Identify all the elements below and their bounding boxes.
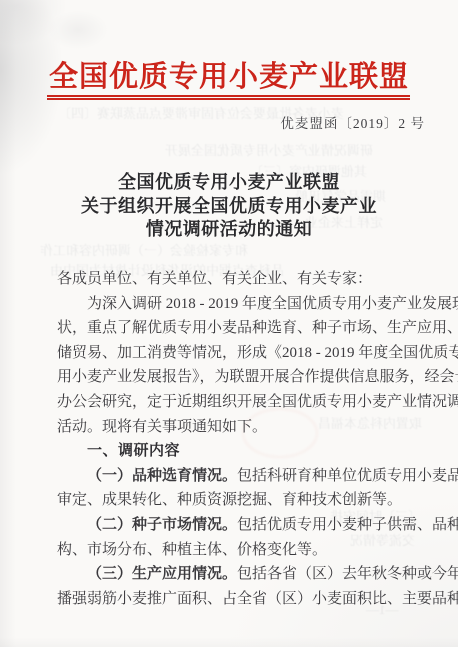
body-line: 状，重点了解优质专用小麦品种选育、种子市场、生产应用、收 xyxy=(57,316,431,341)
body-line: （二）种子市场情况。包括优质专用小麦种子供需、品种结 xyxy=(57,513,431,538)
bleedthrough-text: 麦小麦各批最要会位有固审滞要点品蒸联赛〔四〕 xyxy=(58,103,344,122)
bleedthrough-text: 和专家检验会（一）调研内容和工作 xyxy=(40,240,248,259)
letterhead-divider xyxy=(47,95,410,100)
bleedthrough-text: 期需品学气讯般 xyxy=(295,186,386,205)
body-line: 用小麦产业发展报告》，为联盟开展合作提供信息服务，经会长 xyxy=(57,365,431,390)
notice-title-line-1: 全国优质专用小麦产业联盟 xyxy=(0,171,458,195)
divider-line-bottom xyxy=(47,98,410,100)
body-line: 播强弱筋小麦推广面积、占全省（区）小麦面积比、主要品种名 xyxy=(57,587,431,612)
body-line: （一）品种选育情况。包括科研育种单位优质专用小麦品种 xyxy=(57,464,431,489)
body-line: 审定、成果转化、种质资源挖掘、育种技术创新等。 xyxy=(57,488,431,513)
body-line: 活动。现将有关事项通知如下。 xyxy=(57,415,431,440)
notice-title-line-2: 关于组织开展全国优质专用小麦产业 xyxy=(0,195,458,219)
document-page: 全国优质专用小麦产业联盟 优麦盟函〔2019〕2 号 全国优质专用小麦产业联盟 … xyxy=(0,0,458,647)
body-line: 各成员单位、有关单位、有关企业、有关专家： xyxy=(57,267,431,292)
notice-title: 全国优质专用小麦产业联盟 关于组织开展全国优质专用小麦产业 情况调研活动的通知 xyxy=(0,171,458,242)
body-line: 一、调研内容 xyxy=(57,439,431,464)
body-line: 储贸易、加工消费等情况，形成《2018 - 2019 年度全国优质专 xyxy=(57,341,431,366)
body-line: 办公会研究，定于近期组织开展全国优质专用小麦产业情况调研 xyxy=(57,390,431,415)
bleedthrough-text: 其他调研内容〔三〕 xyxy=(250,161,367,180)
body-line: 构、市场分布、种植主体、价格变化等。 xyxy=(57,538,431,563)
bleedthrough-text: 定样上来企业 xyxy=(305,212,383,231)
bleedthrough-text: 研调况情业产麦小用专质优国全展开 xyxy=(165,140,373,159)
document-body: 各成员单位、有关单位、有关企业、有关专家：为深入调研 2018 - 2019 年… xyxy=(57,267,431,611)
body-line: （三）生产应用情况。包括各省（区）去年秋冬种或今年春 xyxy=(57,562,431,587)
letterhead-org-name: 全国优质专用小麦产业联盟 xyxy=(0,54,458,95)
notice-title-line-3: 情况调研活动的通知 xyxy=(0,218,458,242)
divider-line-top xyxy=(47,95,410,97)
body-line: 为深入调研 2018 - 2019 年度全国优质专用小麦产业发展现 xyxy=(57,292,431,317)
